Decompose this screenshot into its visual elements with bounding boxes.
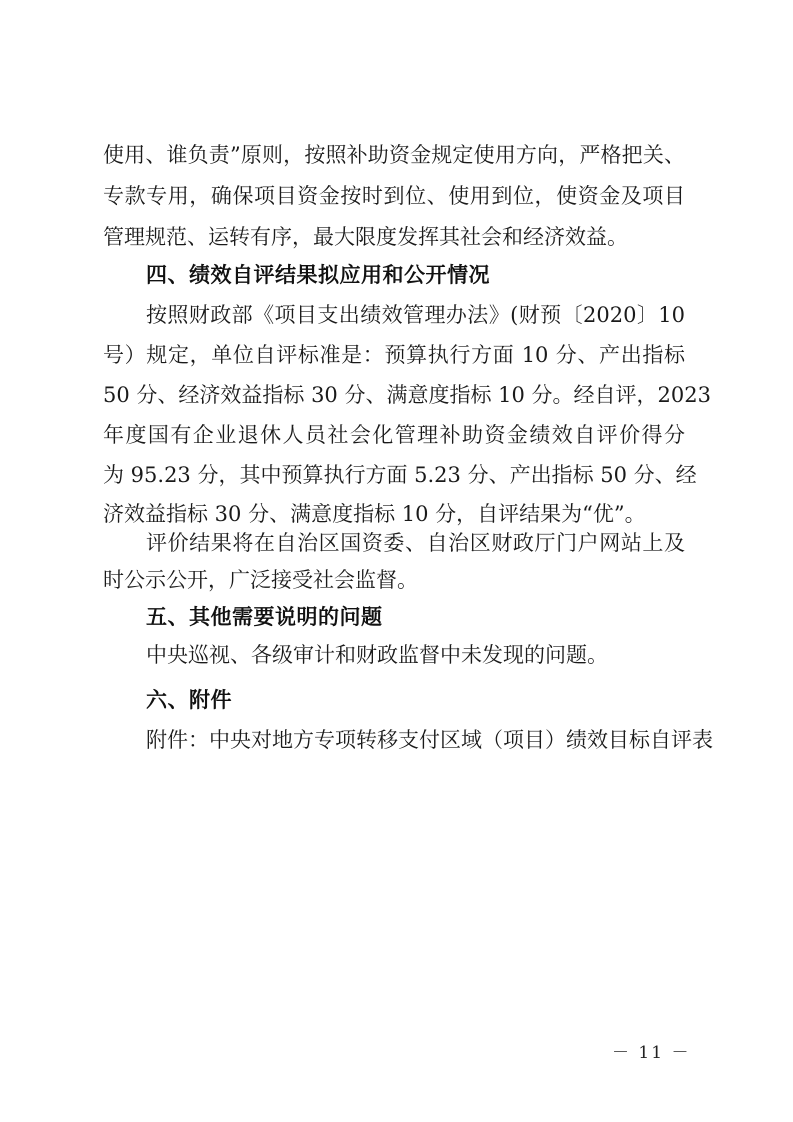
paragraph-line: 管理规范、运转有序，最大限度发挥其社会和经济效益。 [103, 223, 685, 251]
paragraph-line: 为 95.23 分，其中预算执行方面 5.23 分、产出指标 50 分、经 [103, 461, 685, 489]
section-heading-5: 五、其他需要说明的问题 [146, 603, 383, 631]
section-heading-4: 四、绩效自评结果拟应用和公开情况 [146, 261, 490, 289]
page-number: － 11 － [612, 1042, 690, 1064]
section-5-text: 中央巡视、各级审计和财政监督中未发现的问题。 [146, 641, 685, 669]
paragraph-line: 年度国有企业退休人员社会化管理补助资金绩效自评价得分 [103, 421, 685, 449]
paragraph-line: 50 分、经济效益指标 30 分、满意度指标 10 分。经自评，2023 [103, 381, 685, 409]
document-page: 使用、谁负责”原则，按照补助资金规定使用方向，严格把关、 专款专用，确保项目资金… [0, 0, 793, 1122]
paragraph-line: 评价结果将在自治区国资委、自治区财政厅门户网站上及 [146, 529, 685, 557]
paragraph-line: 济效益指标 30 分、满意度指标 10 分，自评结果为“优”。 [103, 500, 685, 528]
attachment-text: 附件：中央对地方专项转移支付区域（项目）绩效目标自评表 [146, 726, 685, 754]
paragraph-line: 号）规定，单位自评标准是：预算执行方面 10 分、产出指标 [103, 341, 685, 369]
paragraph-line: 时公示公开，广泛接受社会监督。 [103, 566, 685, 594]
paragraph-line: 专款专用，确保项目资金按时到位、使用到位，使资金及项目 [103, 182, 685, 210]
paragraph-line: 按照财政部《项目支出绩效管理办法》(财预〔2020〕10 [146, 301, 685, 329]
section-heading-6: 六、附件 [146, 686, 232, 714]
paragraph-line: 使用、谁负责”原则，按照补助资金规定使用方向，严格把关、 [103, 141, 685, 169]
